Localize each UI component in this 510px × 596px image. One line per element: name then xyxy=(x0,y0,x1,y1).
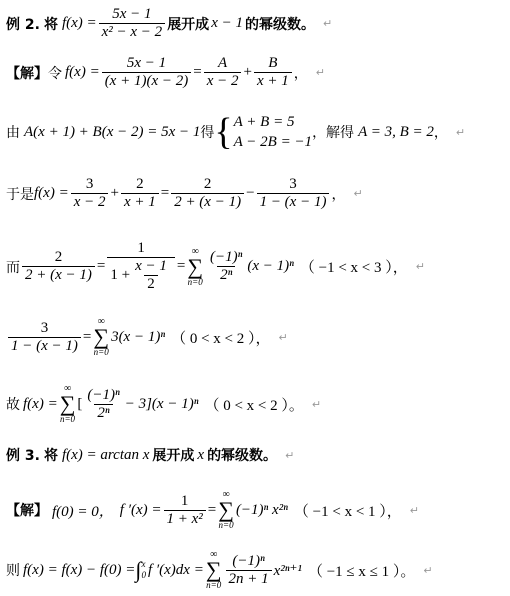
fraction: 3 x − 2 xyxy=(71,176,109,211)
final3-line: 则 f(x) = f(x) − f(0) = ∫ x 0 f ′(x)dx = … xyxy=(6,550,433,590)
fraction: B x + 1 xyxy=(254,55,292,90)
fraction: 2 2 + (x − 1) xyxy=(22,249,95,284)
example3-statement: 例 3. 将 f(x) = arctan x 展开成 x 的幂级数。 ↵ xyxy=(6,445,294,465)
fraction: 5x − 1 (x + 1)(x − 2) xyxy=(102,55,192,90)
thus-line: 于是 f(x) = 3 x − 2 + 2 x + 1 = 2 2 + (x −… xyxy=(6,176,363,211)
series2-line: 3 1 − (x − 1) = ∞ ∑ n=0 3(x − 1)ⁿ （ 0 < … xyxy=(6,317,288,357)
paragraph-mark-icon: ↵ xyxy=(278,331,287,344)
paragraph-mark-icon: ↵ xyxy=(423,564,432,577)
paragraph-mark-icon: ↵ xyxy=(410,504,419,517)
fraction: 3 1 − (x − 1) xyxy=(257,176,330,211)
example-label: 例 2. xyxy=(6,14,40,34)
paragraph-mark-icon: ↵ xyxy=(316,66,325,79)
example-label: 例 3. xyxy=(6,445,40,465)
solution-tag: 【解】 xyxy=(6,500,48,520)
paragraph-mark-icon: ↵ xyxy=(312,398,321,411)
series1-line: 而 2 2 + (x − 1) = 1 1 + x − 1 2 = ∞ ∑ n=… xyxy=(6,240,425,293)
summation-icon: ∞ ∑ n=0 xyxy=(60,384,76,424)
solution2-decomposition: 【解】 令 f(x) = 5x − 1 (x + 1)(x − 2) = A x… xyxy=(6,55,325,90)
example2-statement: 例 2. 将 f(x) = 5x − 1 x² − x − 2 展开成 x − … xyxy=(6,6,332,41)
nested-fraction: 1 1 + x − 1 2 xyxy=(107,240,175,293)
fraction: 2 2 + (x − 1) xyxy=(171,176,244,211)
paragraph-mark-icon: ↵ xyxy=(416,260,425,273)
fraction: 2 x + 1 xyxy=(121,176,159,211)
fraction: 1 1 + x² xyxy=(164,493,206,528)
paragraph-mark-icon: ↵ xyxy=(285,449,294,462)
system-line: 由 A(x + 1) + B(x − 2) = 5x − 1 得 { A + B… xyxy=(6,112,465,152)
fraction: 3 1 − (x − 1) xyxy=(8,320,81,355)
solution-tag: 【解】 xyxy=(6,63,48,83)
integral-limits: x 0 xyxy=(141,559,146,581)
summation-icon: ∞ ∑ n=0 xyxy=(93,317,109,357)
fraction: 5x − 1 x² − x − 2 xyxy=(99,6,166,41)
result2-line: 故 f(x) = ∞ ∑ n=0 [ (−1)ⁿ 2ⁿ − 3](x − 1)ⁿ… xyxy=(6,384,321,424)
summation-icon: ∞ ∑ n=0 xyxy=(187,247,203,287)
summation-icon: ∞ ∑ n=0 xyxy=(206,550,222,590)
summation-icon: ∞ ∑ n=0 xyxy=(218,490,234,530)
paragraph-mark-icon: ↵ xyxy=(353,187,362,200)
left-brace-icon: { xyxy=(214,113,232,151)
paragraph-mark-icon: ↵ xyxy=(323,17,332,30)
fraction: A x − 2 xyxy=(204,55,242,90)
fraction: (−1)ⁿ 2ⁿ xyxy=(207,249,245,284)
equation-system: A + B = 5 A − 2B = −1 xyxy=(234,112,312,152)
paragraph-mark-icon: ↵ xyxy=(456,126,465,139)
fraction: (−1)ⁿ 2n + 1 xyxy=(226,553,272,588)
solution3-line: 【解】 f(0) = 0， f ′(x) = 1 1 + x² = ∞ ∑ n=… xyxy=(6,490,419,530)
fraction: (−1)ⁿ 2ⁿ xyxy=(84,387,122,422)
